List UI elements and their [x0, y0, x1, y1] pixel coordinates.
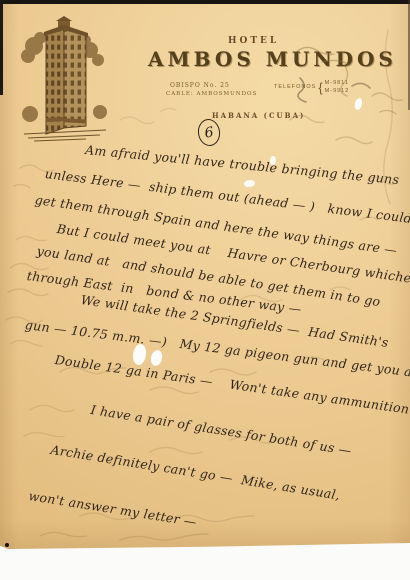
letterhead-phones-brace: { — [318, 81, 322, 94]
scan-edge-left — [0, 0, 3, 95]
letterhead-city: HABANA (CUBA) — [212, 111, 305, 120]
letterhead-cable: CABLE: AMBOSMUNDOS — [166, 91, 257, 97]
paper-damage-spot — [270, 156, 276, 165]
page-number: 6 — [203, 124, 214, 141]
ink-dot — [5, 543, 9, 547]
letterhead-phones: TELEFONOS { M-9811 M-9912 — [274, 79, 349, 96]
letterhead-phones-label: TELEFONOS — [274, 84, 316, 90]
letter-scan: HOTEL AMBOS MUNDOS OBISPO No. 25 CABLE: … — [0, 0, 410, 580]
letterhead-hotel-label: HOTEL — [228, 36, 279, 46]
letterhead-phone-2: M-9912 — [325, 87, 350, 95]
letterhead-address: OBISPO No. 25 — [170, 82, 230, 89]
letterhead-phone-1: M-9811 — [325, 79, 350, 87]
letterhead-hotel-name: AMBOS MUNDOS — [148, 47, 397, 71]
scan-edge-top — [0, 0, 410, 4]
